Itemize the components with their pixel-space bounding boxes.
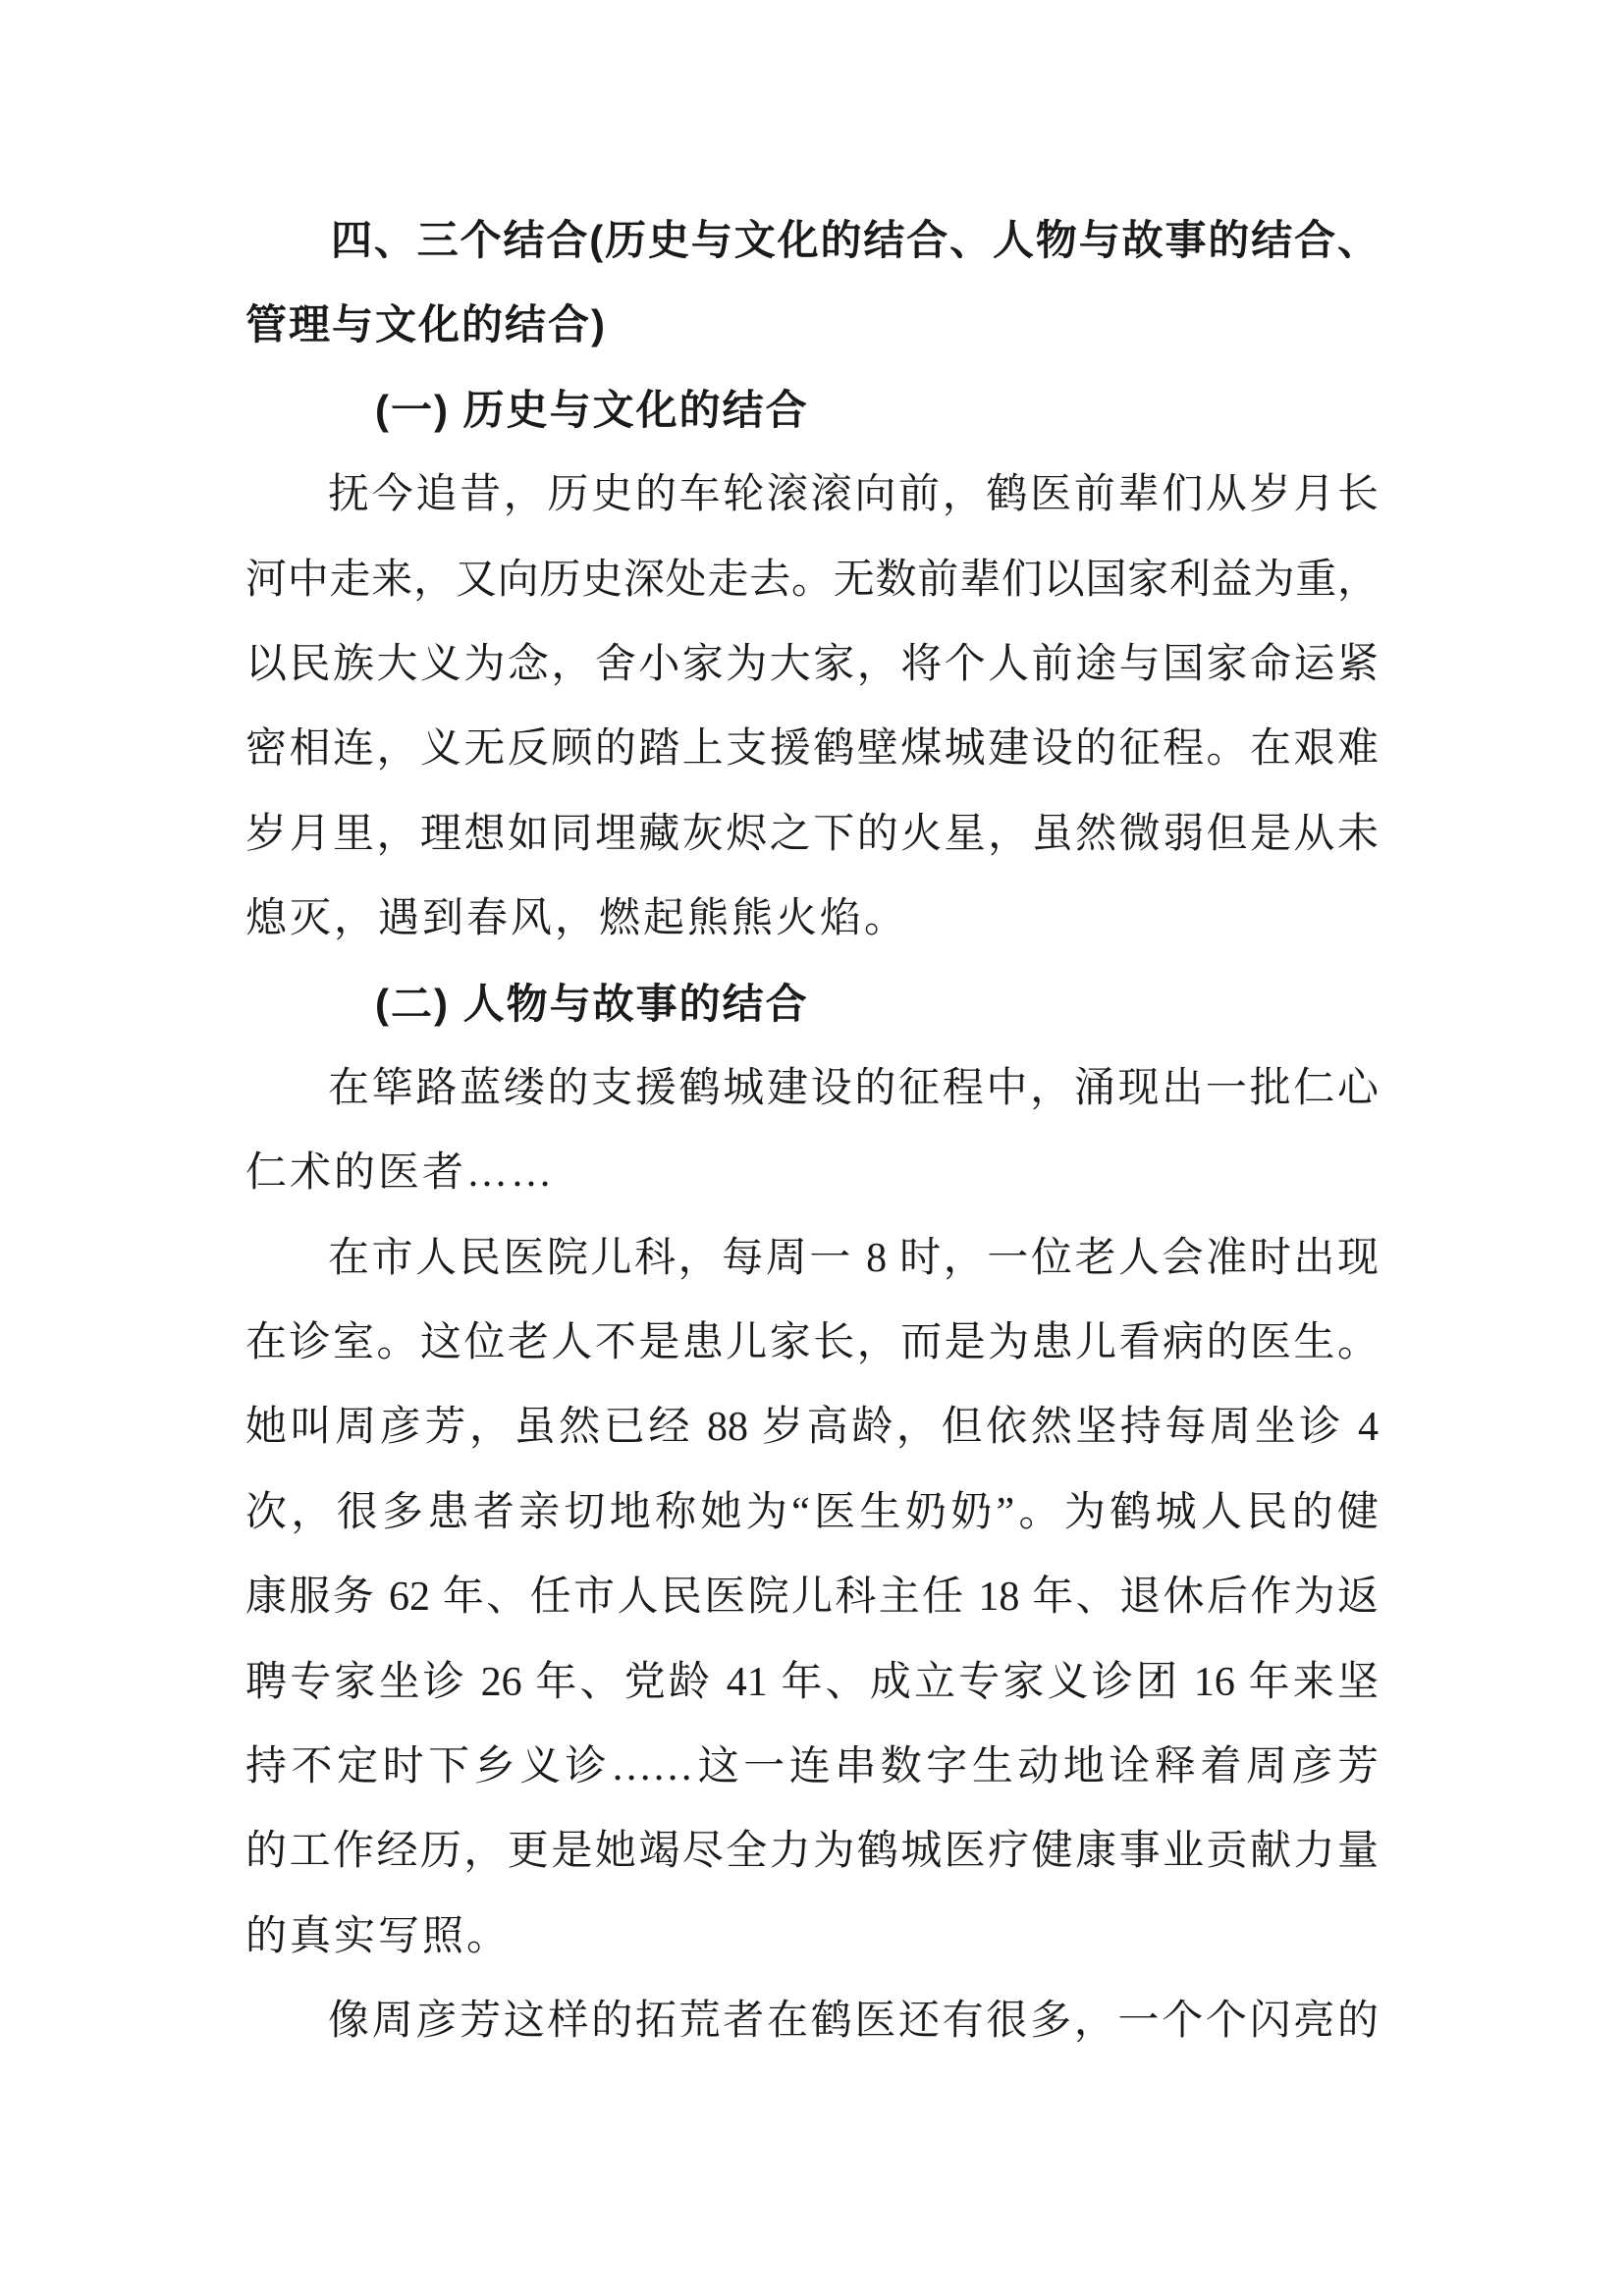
text-line: 在筚路蓝缕的支援鹤城建设的征程中，涌现出一批仁心 — [245, 1046, 1379, 1131]
paragraph-4: 像周彦芳这样的拓荒者在鹤医还有很多，一个个闪亮的 — [245, 1979, 1379, 2063]
text-line: (一) 历史与文化的结合 — [245, 368, 1379, 453]
section-heading-1: (一) 历史与文化的结合 — [245, 368, 1379, 453]
paragraph-3: 在市人民医院儿科，每周一 8 时，一位老人会准时出现在诊室。这位老人不是患儿家长… — [245, 1216, 1379, 1980]
document-page: 四、三个结合(历史与文化的结合、人物与故事的结合、管理与文化的结合)(一) 历史… — [0, 0, 1624, 2296]
text-line: 像周彦芳这样的拓荒者在鹤医还有很多，一个个闪亮的 — [245, 1979, 1379, 2063]
document-content: 四、三个结合(历史与文化的结合、人物与故事的结合、管理与文化的结合)(一) 历史… — [245, 198, 1379, 2064]
text-line: 岁月里，理想如同埋藏灰烬之下的火星，虽然微弱但是从未 — [245, 792, 1379, 877]
text-line: 的真实写照。 — [245, 1895, 1379, 1979]
text-line: 在市人民医院儿科，每周一 8 时，一位老人会准时出现 — [245, 1216, 1379, 1301]
paragraph-2: 在筚路蓝缕的支援鹤城建设的征程中，涌现出一批仁心仁术的医者…… — [245, 1046, 1379, 1216]
text-line: 聘专家坐诊 26 年、党龄 41 年、成立专家义诊团 16 年来坚 — [245, 1640, 1379, 1725]
paragraph-1: 抚今追昔，历史的车轮滚滚向前，鹤医前辈们从岁月长河中走来，又向历史深处走去。无数… — [245, 453, 1379, 961]
text-line: 抚今追昔，历史的车轮滚滚向前，鹤医前辈们从岁月长 — [245, 453, 1379, 537]
text-line: 的工作经历，更是她竭尽全力为鹤城医疗健康事业贡献力量 — [245, 1809, 1379, 1894]
text-line: (二) 人物与故事的结合 — [245, 962, 1379, 1046]
text-line: 河中走来，又向历史深处走去。无数前辈们以国家利益为重， — [245, 538, 1379, 622]
text-line: 以民族大义为念，舍小家为大家，将个人前途与国家命运紧 — [245, 622, 1379, 707]
text-line: 她叫周彦芳，虽然已经 88 岁高龄，但依然坚持每周坐诊 4 — [245, 1385, 1379, 1469]
text-line: 密相连，义无反顾的踏上支援鹤壁煤城建设的征程。在艰难 — [245, 707, 1379, 791]
text-line: 熄灭，遇到春风，燃起熊熊火焰。 — [245, 877, 1379, 961]
text-line: 持不定时下乡义诊……这一连串数字生动地诠释着周彦芳 — [245, 1725, 1379, 1809]
text-line: 仁术的医者…… — [245, 1131, 1379, 1215]
text-line: 管理与文化的结合) — [245, 283, 1379, 367]
text-line: 四、三个结合(历史与文化的结合、人物与故事的结合、 — [245, 198, 1379, 283]
text-line: 次，很多患者亲切地称她为“医生奶奶”。为鹤城人民的健 — [245, 1470, 1379, 1555]
text-line: 在诊室。这位老人不是患儿家长，而是为患儿看病的医生。 — [245, 1301, 1379, 1385]
section-heading-2: (二) 人物与故事的结合 — [245, 962, 1379, 1046]
document-title: 四、三个结合(历史与文化的结合、人物与故事的结合、管理与文化的结合) — [245, 198, 1379, 368]
text-line: 康服务 62 年、任市人民医院儿科主任 18 年、退休后作为返 — [245, 1555, 1379, 1639]
